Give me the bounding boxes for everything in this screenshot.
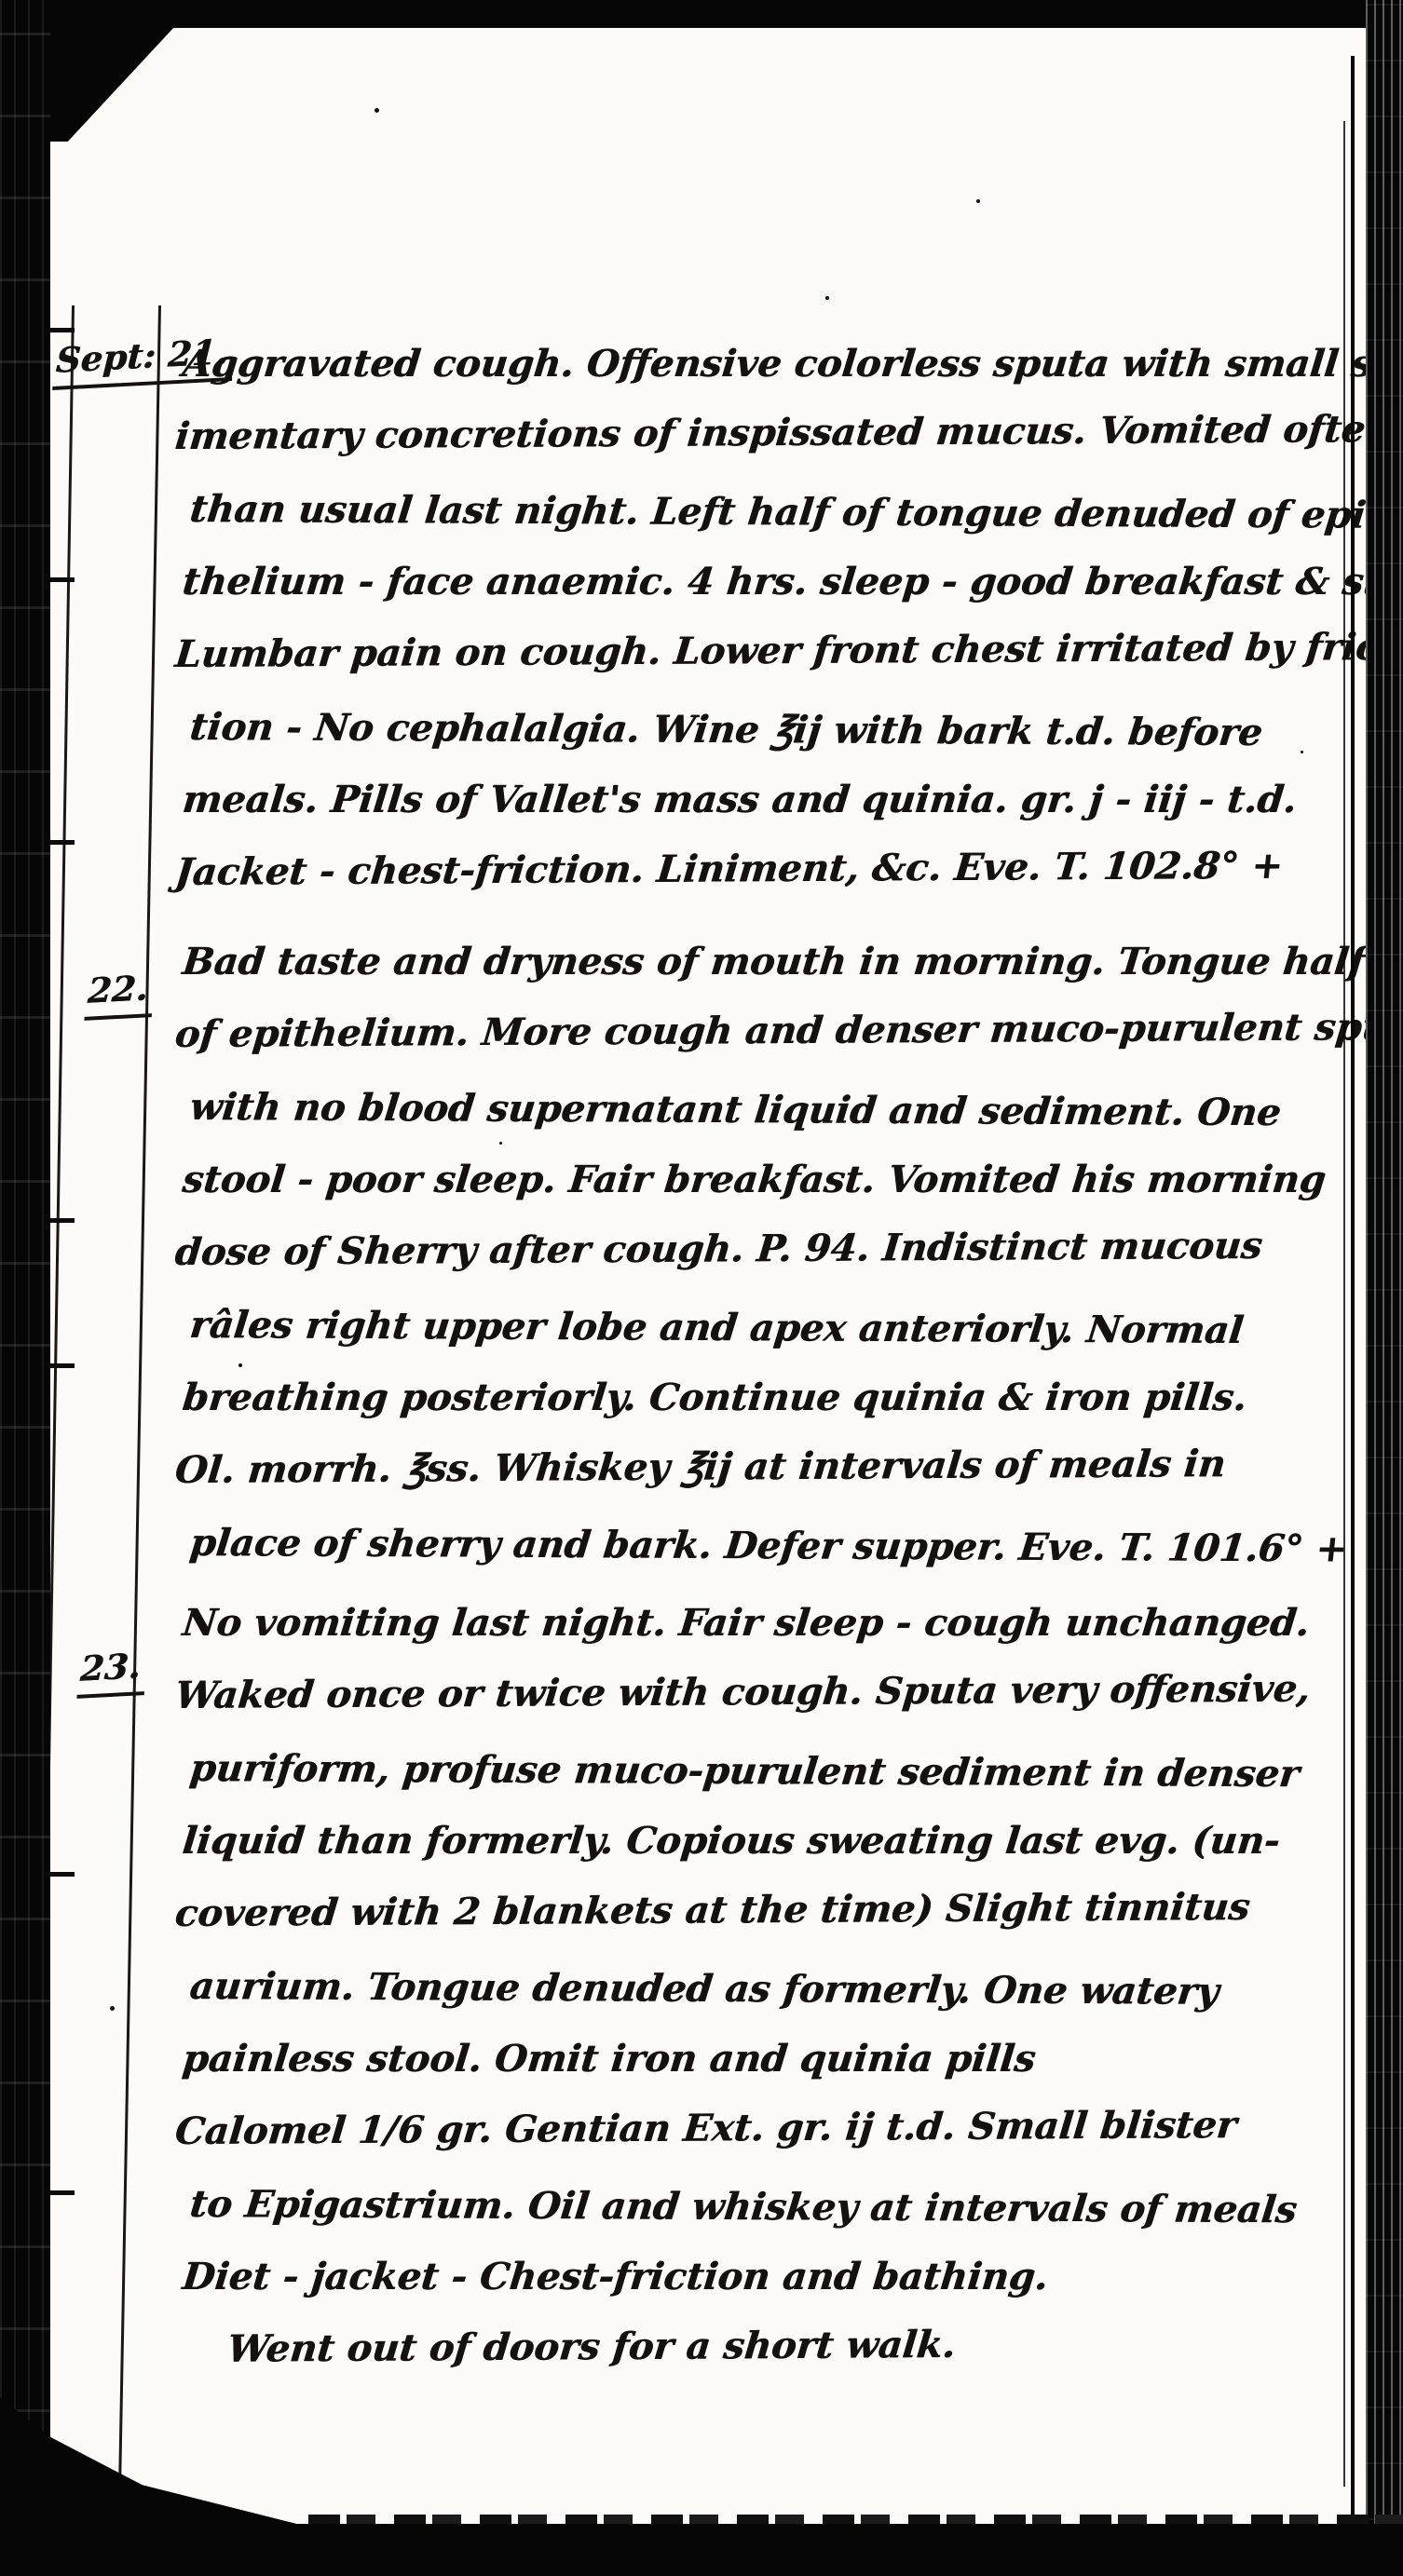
manuscript-line: stool - poor sleep. Fair breakfast. Vomi…	[179, 1144, 1375, 1216]
manuscript-line: No vomiting last night. Fair sleep - cou…	[179, 1587, 1375, 1660]
manuscript-line: than usual last night. Left half of tong…	[186, 473, 1383, 552]
manuscript-line: place of sherry and bark. Defer supper. …	[186, 1507, 1383, 1586]
manuscript-line: thelium - face anaemic. 4 hrs. sleep - g…	[179, 546, 1375, 618]
manuscript-line: breathing posteriorly. Continue quinia &…	[179, 1362, 1375, 1434]
entry-23-text: No vomiting last night. Fair sleep - cou…	[183, 1587, 1371, 2386]
margin-tick	[50, 1872, 75, 1877]
manuscript-line: Diet - jacket - Chest-friction and bathi…	[179, 2241, 1375, 2313]
manuscript-line: Aggravated cough. Offensive colorless sp…	[179, 328, 1375, 400]
manuscript-line: tion - No cephalalgia. Wine ℥ij with bar…	[186, 691, 1383, 770]
scan-border-top	[0, 0, 1403, 28]
margin-tick	[50, 2190, 75, 2195]
scan-speck	[375, 108, 379, 113]
manuscript-line: puriform, profuse muco-purulent sediment…	[186, 1732, 1383, 1811]
entry-sept-21-text: Aggravated cough. Offensive colorless sp…	[183, 328, 1371, 909]
manuscript-line: covered with 2 blankets at the time) Sli…	[171, 1870, 1369, 1950]
scan-border-right	[1366, 0, 1403, 2576]
manuscript-line: aurium. Tongue denuded as formerly. One …	[186, 1950, 1383, 2029]
scan-border-left	[0, 0, 50, 2576]
margin-tick	[50, 1218, 75, 1223]
page-edge-line	[1351, 56, 1355, 2533]
manuscript-line: Jacket - chest-friction. Liniment, &c. E…	[171, 829, 1369, 909]
scan-speck	[976, 199, 980, 203]
manuscript-line: Went out of doors for a short walk.	[171, 2306, 1369, 2386]
margin-tick	[50, 1363, 75, 1368]
manuscript-line: imentary concretions of inspissated mucu…	[171, 393, 1369, 473]
entry-date-22: 22.	[84, 967, 155, 1021]
scan-speck	[110, 2006, 115, 2011]
manuscript-line: painless stool. Omit iron and quinia pil…	[179, 2023, 1375, 2095]
page-edge-line	[1343, 121, 1345, 2487]
entry-date-sept-21: Sept: 21.	[52, 331, 235, 390]
manuscript-line: with no blood supernatant liquid and sed…	[186, 1071, 1383, 1150]
margin-tick	[50, 577, 75, 582]
manuscript-line: Bad taste and dryness of mouth in mornin…	[179, 926, 1375, 998]
margin-tick	[50, 328, 75, 332]
scan-border-bottom	[0, 2524, 1403, 2576]
scan-speck	[825, 296, 829, 300]
manuscript-line: Ol. morrh. ℥ss. Whiskey ℥ij at intervals…	[171, 1427, 1369, 1507]
manuscript-line: to Epigastrium. Oil and whiskey at inter…	[186, 2168, 1383, 2247]
entry-22-text: Bad taste and dryness of mouth in mornin…	[183, 926, 1371, 1579]
manuscript-line: liquid than formerly. Copious sweating l…	[179, 1805, 1375, 1878]
scanned-manuscript-page: Sept: 21. 22. 23. Aggravated cough. Offe…	[0, 0, 1403, 2576]
manuscript-line: Lumbar pain on cough. Lower front chest …	[171, 611, 1369, 691]
manuscript-line: Waked once or twice with cough. Sputa ve…	[171, 1652, 1369, 1732]
manuscript-line: dose of Sherry after cough. P. 94. Indis…	[171, 1209, 1369, 1289]
entry-date-23: 23.	[76, 1645, 147, 1699]
manuscript-line: of epithelium. More cough and denser muc…	[171, 991, 1369, 1071]
margin-tick	[50, 840, 75, 845]
manuscript-line: Calomel 1/6 gr. Gentian Ext. gr. ij t.d.…	[171, 2088, 1369, 2168]
manuscript-line: râles right upper lobe and apex anterior…	[186, 1289, 1383, 1368]
manuscript-line: meals. Pills of Vallet's mass and quinia…	[179, 764, 1375, 836]
